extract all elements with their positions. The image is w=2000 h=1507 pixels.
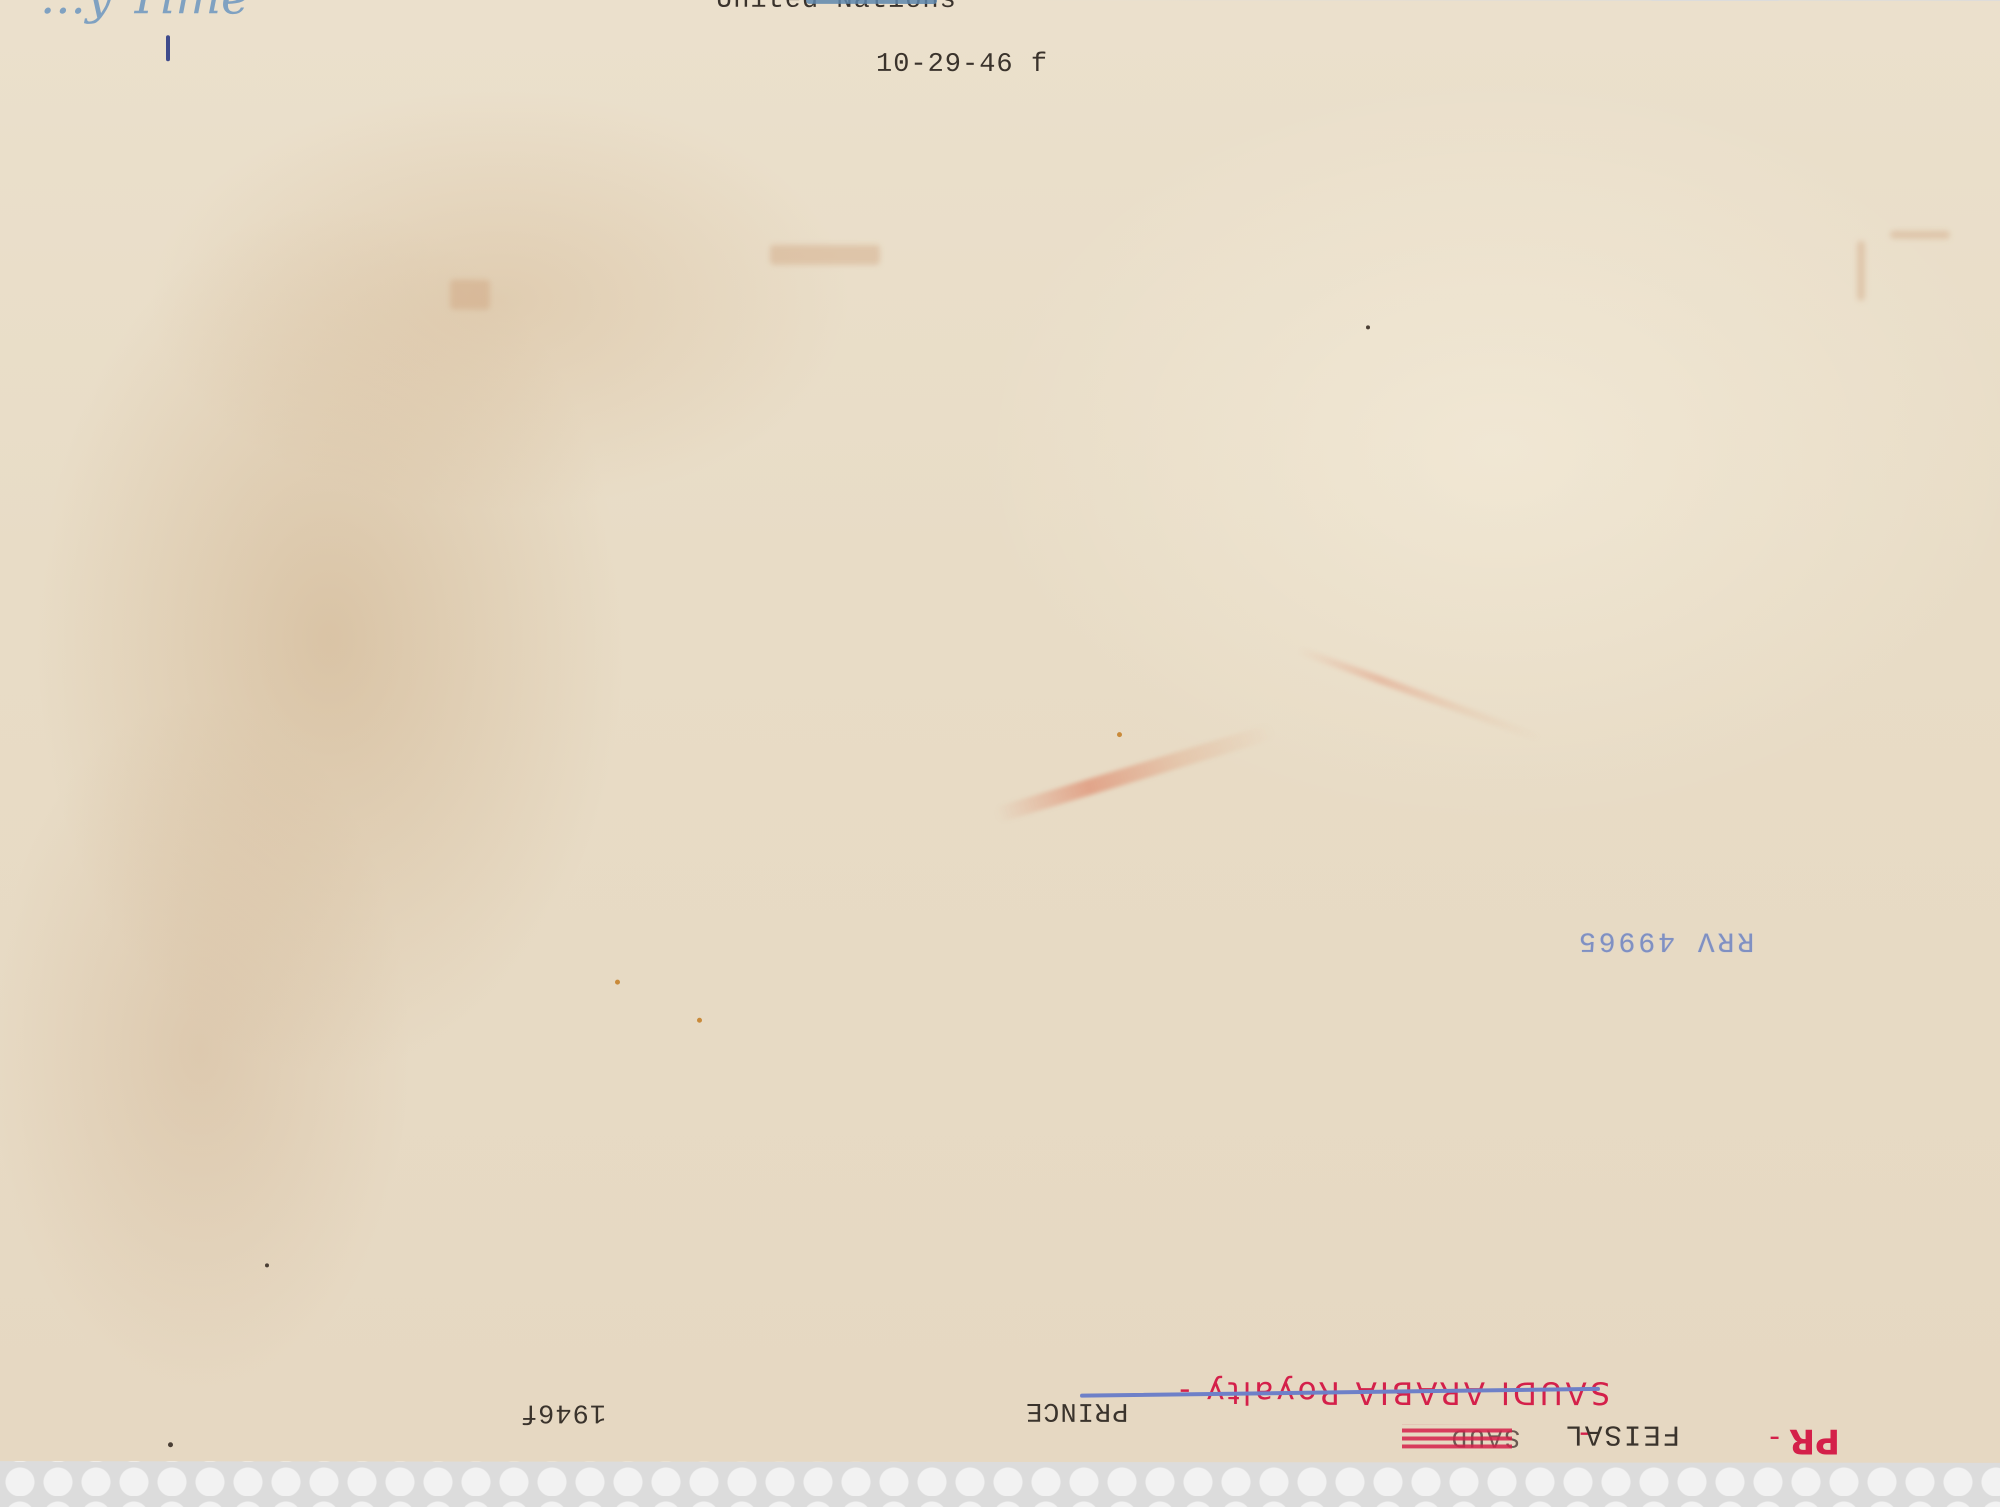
- year-code: 1946f: [520, 1397, 606, 1427]
- photo-reverse-paper: ...y Time United Nations 10-29-46 f RRV …: [0, 0, 2000, 1463]
- speck: [697, 1018, 702, 1023]
- handwritten-correction: PR: [1789, 1421, 1840, 1461]
- speck: [1366, 325, 1370, 329]
- ghost-mark: [1857, 241, 1865, 301]
- red-streak-stain: [994, 723, 1276, 823]
- typed-word-feisal: FEISAL: [1564, 1417, 1680, 1450]
- speck: [168, 1442, 173, 1447]
- handwritten-tick-mark: [166, 35, 170, 61]
- organization-typed: United Nations: [716, 0, 957, 16]
- stamp-code: RRV 49965: [1576, 925, 1754, 956]
- speck: [1117, 732, 1122, 737]
- speck: [615, 980, 620, 985]
- speck: [265, 1263, 269, 1267]
- bottom-caption: SAUDI ARABIA Royalty - SAUD - FEISAL - P…: [1010, 1390, 1990, 1461]
- separator-dash: -: [1769, 1422, 1780, 1457]
- ghost-mark: [1890, 231, 1950, 239]
- blue-strike-line: [806, 0, 937, 4]
- date-code: 10-29-46 f: [876, 50, 1048, 80]
- ghost-mark: [770, 245, 880, 265]
- faint-streak-stain: [1296, 646, 1543, 743]
- red-strike-scribble: [1402, 1424, 1512, 1448]
- typed-word-prince: PRINCE: [1025, 1395, 1128, 1425]
- handwritten-top-note: ...y Time: [40, 0, 249, 25]
- ghost-mark: [450, 280, 490, 310]
